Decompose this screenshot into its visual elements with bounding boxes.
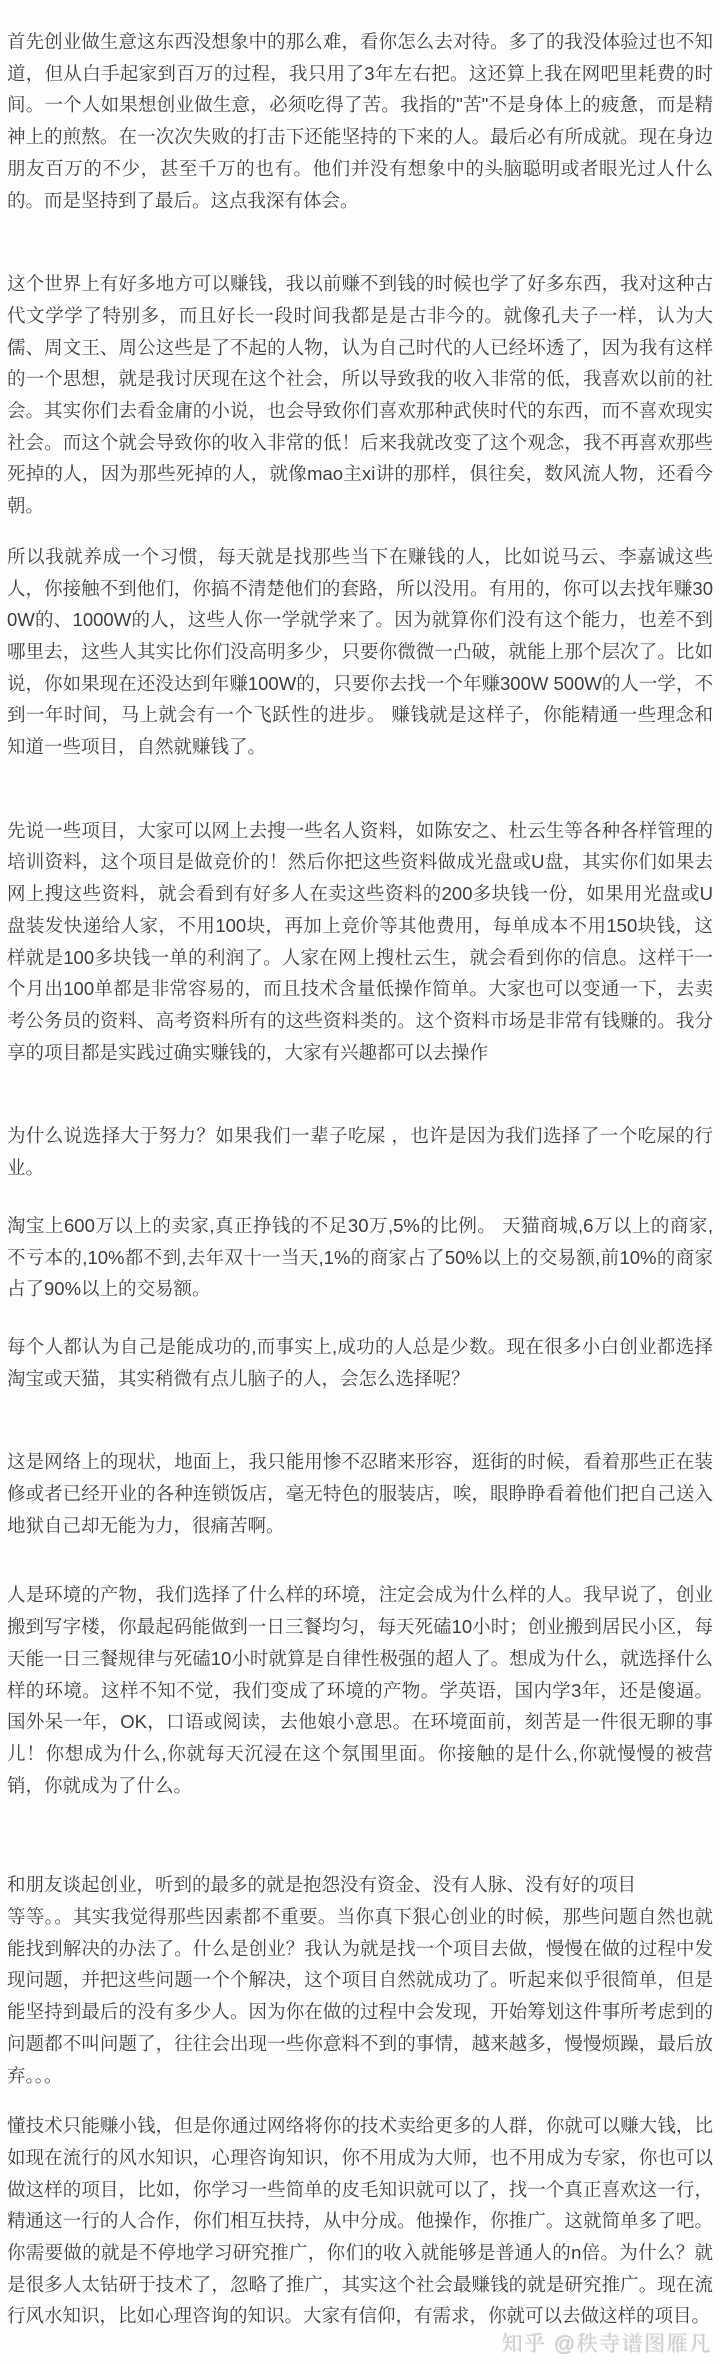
article-paragraph: 懂技术只能赚小钱，但是你通过网络将你的技术卖给更多的人群，你就可以赚大钱，比如现… xyxy=(7,2110,713,2332)
article-paragraph: 淘宝上600万以上的卖家,真正挣钱的不足30万,5%的比例。 天猫商城,6万以上… xyxy=(7,1210,713,1305)
article-paragraph: 这个世界上有好多地方可以赚钱，我以前赚不到钱的时候也学了好多东西，我对这种古代文… xyxy=(7,268,713,522)
zhihu-author-handle: @秩寺谱图雁凡 xyxy=(554,2333,712,2356)
article-page: 首先创业做生意这东西没想象中的那么难，看你怎么去对待。多了的我没体验过也不知道，… xyxy=(0,0,720,2364)
article-body: 首先创业做生意这东西没想象中的那么难，看你怎么去对待。多了的我没体验过也不知道，… xyxy=(7,26,713,2332)
article-paragraph: 这是网络上的现状，地面上，我只能用惨不忍睹来形容，逛街的时候，看着那些正在装修或… xyxy=(7,1446,713,1541)
article-paragraph: 人是环境的产物，我们选择了什么样的环境，注定会成为什么样的人。我早说了，创业搬到… xyxy=(7,1579,713,1801)
article-paragraph: 和朋友谈起创业，听到的最多的就是抱怨没有资金、没有人脉、没有好的项目 等等。。其… xyxy=(7,1869,713,2091)
article-paragraph: 为什么说选择大于努力？如果我们一辈子吃屎 ，也许是因为我们选择了一个吃屎的行业。 xyxy=(7,1120,713,1183)
article-paragraph: 每个人都认为自己是能成功的,而事实上,成功的人总是少数。现在很多小白创业都选择淘… xyxy=(7,1331,713,1394)
zhihu-brand-label: 知乎 xyxy=(502,2333,547,2356)
article-paragraph: 所以我就养成一个习惯，每天就是找那些当下在赚钱的人，比如说马云、李嘉诚这些人，你… xyxy=(7,541,713,763)
zhihu-watermark: 知乎 @秩寺谱图雁凡 xyxy=(502,2328,712,2358)
article-paragraph: 首先创业做生意这东西没想象中的那么难，看你怎么去对待。多了的我没体验过也不知道，… xyxy=(7,26,713,216)
article-paragraph: 先说一些项目，大家可以网上去搜一些名人资料，如陈安之、杜云生等各种各样管理的培训… xyxy=(7,815,713,1069)
